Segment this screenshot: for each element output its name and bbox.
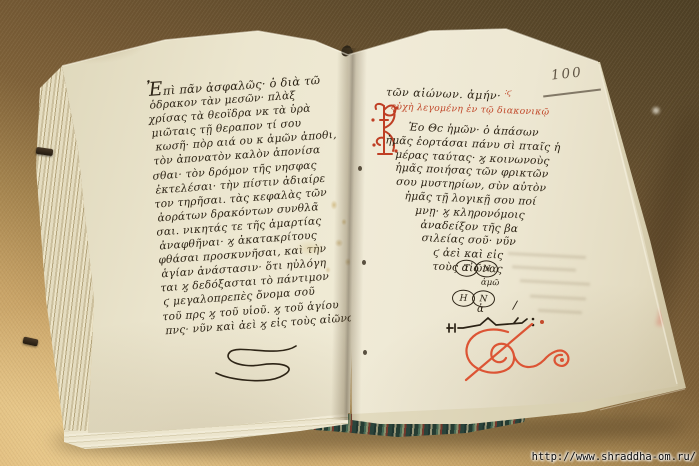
manuscript-text-line: ϛ μεγαλοπρεπὲς ὄνομα σοῦ: [163, 281, 369, 309]
rubric-line: εὐχὴ λεγομένη ἐν τῷ διακονικῷ: [391, 101, 550, 118]
manuscript-text-line: μιῶταις τῇ θεραπον τί σου: [151, 113, 357, 141]
manuscript-text-line: τοῦ πρς ϗ τοῦ υἱοῦ. ϗ τοῦ ἁγίου: [162, 295, 370, 324]
manuscript-text-line: ὁδρακον τὰν μεσῶν· πλὰξ: [149, 85, 355, 113]
circled-monogram-2: Η Ν: [452, 289, 493, 307]
scribal-flourish-icon: [208, 340, 308, 385]
show-through-text: [530, 295, 586, 301]
manuscript-text-line: ἁγίαν ἀνάστασιν· ὅτι ηὐλόγη: [161, 253, 367, 281]
photo-scene: Ἐπὶ πᾶν ἀσφαλῶς· ὁ διὰ τῶὁδρακον τὰν μεσ…: [0, 0, 699, 466]
manuscript-text-line: πνς· νῦν καὶ ἀεὶ ϗ εἰς τοὺς αἰῶνας: [165, 309, 371, 337]
manuscript-text-line: τὸν ἀπονατὸν καλὸν ἀπονίσα: [153, 141, 359, 169]
manuscript-text-line: σαι. νικητάς τε τῆς ἁμαρτίας: [156, 211, 364, 240]
left-page-text: Ἐπὶ πᾶν ἀσφαλῶς· ὁ διὰ τῶὁδρακον τὰν μεσ…: [146, 68, 371, 338]
manuscript-text-line: ται ϗ δεδόξασται τὸ πάντιμον: [160, 267, 368, 296]
manuscript-text-line: τον τηρῆσαι. τὰς κεφαλὰς τῶν: [154, 183, 362, 212]
folio-underline: [543, 88, 601, 97]
folio-number: 100: [550, 64, 583, 83]
gutter-stitch: [363, 350, 367, 355]
red-ink-mark: ∶ϛ: [504, 88, 512, 97]
circled-monogram-1: Τ Ν: [455, 259, 496, 277]
manuscript-text-line: κωσῆ· πὸρ αιά ου κ ἀμῶν ἀποθι,: [155, 127, 358, 155]
manuscript-text-line: σθαι· τὸν δρόμον τῆς νησφας: [152, 155, 360, 184]
manuscript-text-line: φθάσαι προσκυνῆσαι, καὶ τὴν: [158, 239, 366, 268]
watermark-url: http://www.shraddha-om.ru/: [532, 451, 696, 463]
manuscript-text-line: ἐκτελέσαι· τὴν πίστιν ἀδιαίρε: [155, 169, 361, 197]
manuscript-text-line: ἀναφθῆναι· ϗ ἀκατακρίτους: [159, 225, 365, 253]
manuscript-text-line: Ἐπὶ πᾶν ἀσφαλῶς· ὁ διὰ τῶ: [146, 68, 355, 99]
tail-slash-mark: /: [512, 298, 519, 313]
manuscript-text-line: χρίσας τὰ θεοϊδρα νκ τὰ ὑρὰ: [148, 99, 356, 128]
show-through-text: [520, 279, 590, 286]
amen-text: τῶν αἰώνων. ἀμήν·: [386, 85, 502, 102]
monogram-letter: Ν: [475, 260, 499, 278]
manuscript-text-line: ἀοράτων δρακόντων συνθλᾶ: [157, 197, 363, 225]
red-signature-flourish-icon: [450, 320, 590, 386]
between-monograms-text: ἀμῶ: [481, 278, 500, 289]
leather-highlight-spot: [650, 106, 662, 115]
gutter-stitch: [358, 166, 362, 171]
amen-line: τῶν αἰώνων. ἀμήν·∶ϛ: [386, 84, 512, 103]
gutter-stitch: [362, 260, 366, 265]
